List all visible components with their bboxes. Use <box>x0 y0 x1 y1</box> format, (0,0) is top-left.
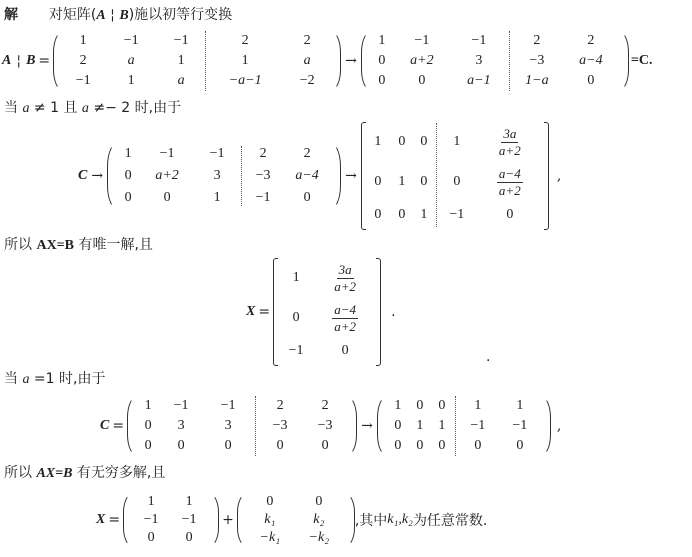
arrow-icon: → <box>87 168 107 184</box>
case2-conclusion: 所以 AX=B 有无穷多解,且 <box>4 464 165 483</box>
matrix-case1-rref: 1001 3aa+2 0100 a−4a+2 001−10 <box>361 122 549 230</box>
matrix-grid: 1−1−122 033−3−3 00000 <box>137 396 347 456</box>
lhs-B: B <box>26 53 35 69</box>
fraction: 3aa+2 <box>499 126 521 159</box>
case2-condition: 当 a =1 时,由于 <box>4 370 105 389</box>
lhs-bar: ¦ <box>11 53 26 69</box>
matrix-case1-step: 1−1−122 0a+23−3a−4 001−10 <box>107 143 341 209</box>
matrix-grid: 00 k₁k₂ −k₁−k₂ <box>247 493 345 547</box>
solution-label: 解 <box>4 7 18 23</box>
matrix-grid: 1001 3aa+2 0100 a−4a+2 001−10 <box>366 122 544 230</box>
fraction: a−4a+2 <box>332 302 358 335</box>
fraction: a−4a+2 <box>497 166 523 199</box>
stray-mark: . <box>486 348 490 366</box>
lhs-C: C <box>78 168 87 184</box>
case1-conclusion: 所以 AX=B 有唯一解,且 <box>4 236 153 255</box>
equation-augmented: A ¦ B = 1−1−122 2a11a −11a−a−1−2 → 1−1−1… <box>2 28 652 94</box>
intro-text-pre: 对矩阵( <box>49 7 96 23</box>
case1-condition: 当 a ≠ 1 且 a ≠− 2 时,由于 <box>4 99 181 118</box>
matrix-case2-rref: 10011 011−1−1 00000 <box>377 396 551 456</box>
arrow-icon: → <box>357 418 377 434</box>
equation-case1-reduction: C → 1−1−122 0a+23−3a−4 001−10 → 1001 3aa… <box>78 122 561 230</box>
arrow-icon: → <box>341 53 361 69</box>
solution-X-unique: X = 1 3aa+2 0 a−4a+2 −10 . <box>246 258 396 366</box>
matrix-grid: 1 3aa+2 0 a−4a+2 −10 <box>278 258 376 366</box>
matrix-grid: 1−1−122 0a+23−3a−4 00a−11−a0 <box>371 31 619 91</box>
solution-X-general: X = 11 −1−1 00 + 00 k₁k₂ −k₁−k₂ ,其中 k₁,k… <box>96 487 487 553</box>
solution-header: 解 对矩阵(A ¦ B)施以初等行变换 <box>4 6 232 25</box>
matrix-grid: 1−1−122 2a11a −11a−a−1−2 <box>63 31 331 91</box>
equals-C: =C. <box>629 53 653 69</box>
matrix-X-unique: 1 3aa+2 0 a−4a+2 −10 <box>273 258 381 366</box>
matrix-X-particular: 11 −1−1 00 <box>123 493 219 547</box>
matrix-grid: 10011 011−1−1 00000 <box>387 396 541 456</box>
arrow-icon: → <box>341 168 361 184</box>
fraction: 3aa+2 <box>334 262 356 295</box>
matrix-augmented-reduced: 1−1−122 0a+23−3a−4 00a−11−a0 <box>361 31 629 91</box>
lhs-A: A <box>2 53 11 69</box>
matrix-case2-C: 1−1−122 033−3−3 00000 <box>127 396 357 456</box>
matrix-X-homogeneous: 00 k₁k₂ −k₁−k₂ <box>237 493 355 547</box>
intro-text-post: )施以初等行变换 <box>129 7 232 23</box>
intro-B: B <box>119 8 128 23</box>
intro-bar: ¦ <box>110 7 115 23</box>
equals-sign: = <box>35 53 53 69</box>
matrix-grid: 11 −1−1 00 <box>133 493 209 547</box>
matrix-grid: 1−1−122 0a+23−3a−4 001−10 <box>117 143 331 209</box>
equation-case2-reduction: C = 1−1−122 033−3−3 00000 → 10011 011−1−… <box>100 393 561 459</box>
matrix-augmented-original: 1−1−122 2a11a −11a−a−1−2 <box>53 31 341 91</box>
intro-A: A <box>96 8 105 23</box>
